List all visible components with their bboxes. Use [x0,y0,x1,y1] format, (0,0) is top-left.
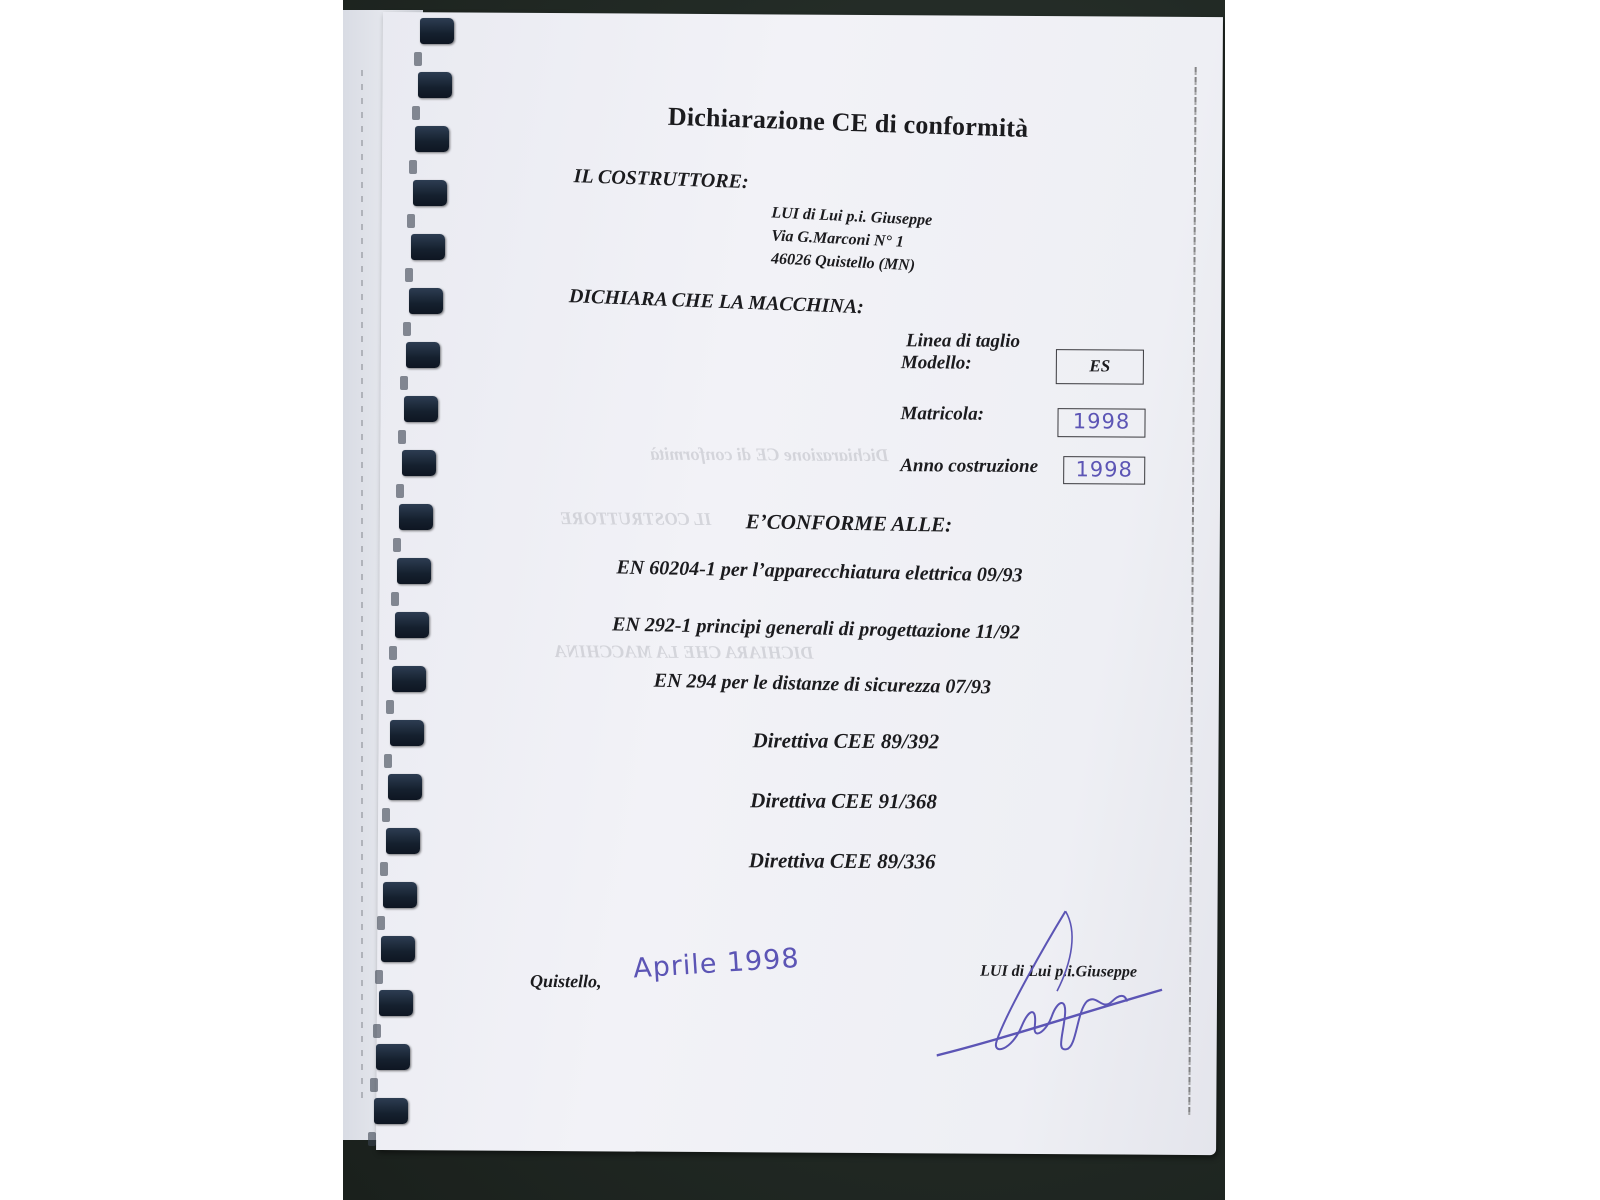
punch-hole [377,916,385,930]
binding-coil [388,774,422,800]
year-field: 1998 [1063,456,1145,485]
punch-hole [386,700,394,714]
binding-coil [406,342,440,368]
punch-hole [373,1024,381,1038]
punch-hole [375,970,383,984]
binding-coil [392,666,426,692]
binding-coil [411,234,445,260]
binding-coil [404,396,438,422]
directive-item: Direttiva CEE 91/368 [750,788,937,814]
place-label: Quistello, [530,971,602,992]
standard-item: EN 292-1 principi generali di progettazi… [612,613,1020,644]
constructor-street: Via G.Marconi N° 1 [771,227,904,251]
binding-coil [386,828,420,854]
binding-coil [395,612,429,638]
signature-icon [937,900,1178,1071]
constructor-heading: IL COSTRUTTORE: [573,165,749,194]
binding-coil [383,882,417,908]
punch-hole [380,862,388,876]
binding-coil [402,450,436,476]
binding-coil [409,288,443,314]
binding-coil [399,504,433,530]
punch-hole [393,538,401,552]
punch-hole [368,1132,376,1146]
document-content: Dichiarazione CE di conformità IL COSTRU… [376,12,1223,1155]
binding-coil [415,126,449,152]
handwritten-date: Aprile 1998 [632,943,800,985]
conforms-heading: E’CONFORME ALLE: [746,509,953,537]
year-label: Anno costruzione [900,455,1038,478]
serial-label: Matricola: [900,403,984,426]
serial-field: 1998 [1057,408,1145,438]
binding-coil [413,180,447,206]
punch-hole [396,484,404,498]
binding-coil [379,990,413,1016]
spiral-binding [343,10,453,1150]
model-label: Modello: [901,352,972,374]
punch-hole [409,160,417,174]
binding-coil [418,72,452,98]
punch-hole [384,754,392,768]
document-title: Dichiarazione CE di conformità [667,102,1028,144]
document-photo: Dichiarazione CE di conformità IL COSTRU… [343,0,1225,1200]
declares-heading: DICHIARA CHE LA MACCHINA: [568,285,864,319]
punch-hole [382,808,390,822]
declaration-page: Dichiarazione CE di conformità IL COSTRU… [376,12,1223,1155]
constructor-city: 46026 Quistello (MN) [771,250,916,275]
punch-hole [389,646,397,660]
punch-hole [403,322,411,336]
binding-coil [397,558,431,584]
standard-item: EN 60204-1 per l’apparecchiatura elettri… [616,556,1022,587]
binding-coil [420,18,454,44]
year-value: 1998 [1064,457,1144,481]
punch-hole [414,52,422,66]
punch-hole [370,1078,378,1092]
standard-item: EN 294 per le distanze di sicurezza 07/9… [654,670,992,700]
punch-hole [412,106,420,120]
binding-coil [390,720,424,746]
punch-hole [400,376,408,390]
directive-item: Direttiva CEE 89/392 [752,728,939,754]
model-field: ES [1056,349,1144,385]
punch-hole [391,592,399,606]
constructor-name: LUI di Lui p.i. Giuseppe [771,204,933,230]
directive-item: Direttiva CEE 89/336 [749,848,936,874]
punch-hole [398,430,406,444]
binding-coil [374,1098,408,1124]
serial-value: 1998 [1058,409,1144,434]
binding-coil [376,1044,410,1070]
model-value: ES [1057,356,1143,377]
machine-line-label: Linea di taglio [906,330,1020,353]
binding-coil [381,936,415,962]
punch-hole [405,268,413,282]
punch-hole [407,214,415,228]
